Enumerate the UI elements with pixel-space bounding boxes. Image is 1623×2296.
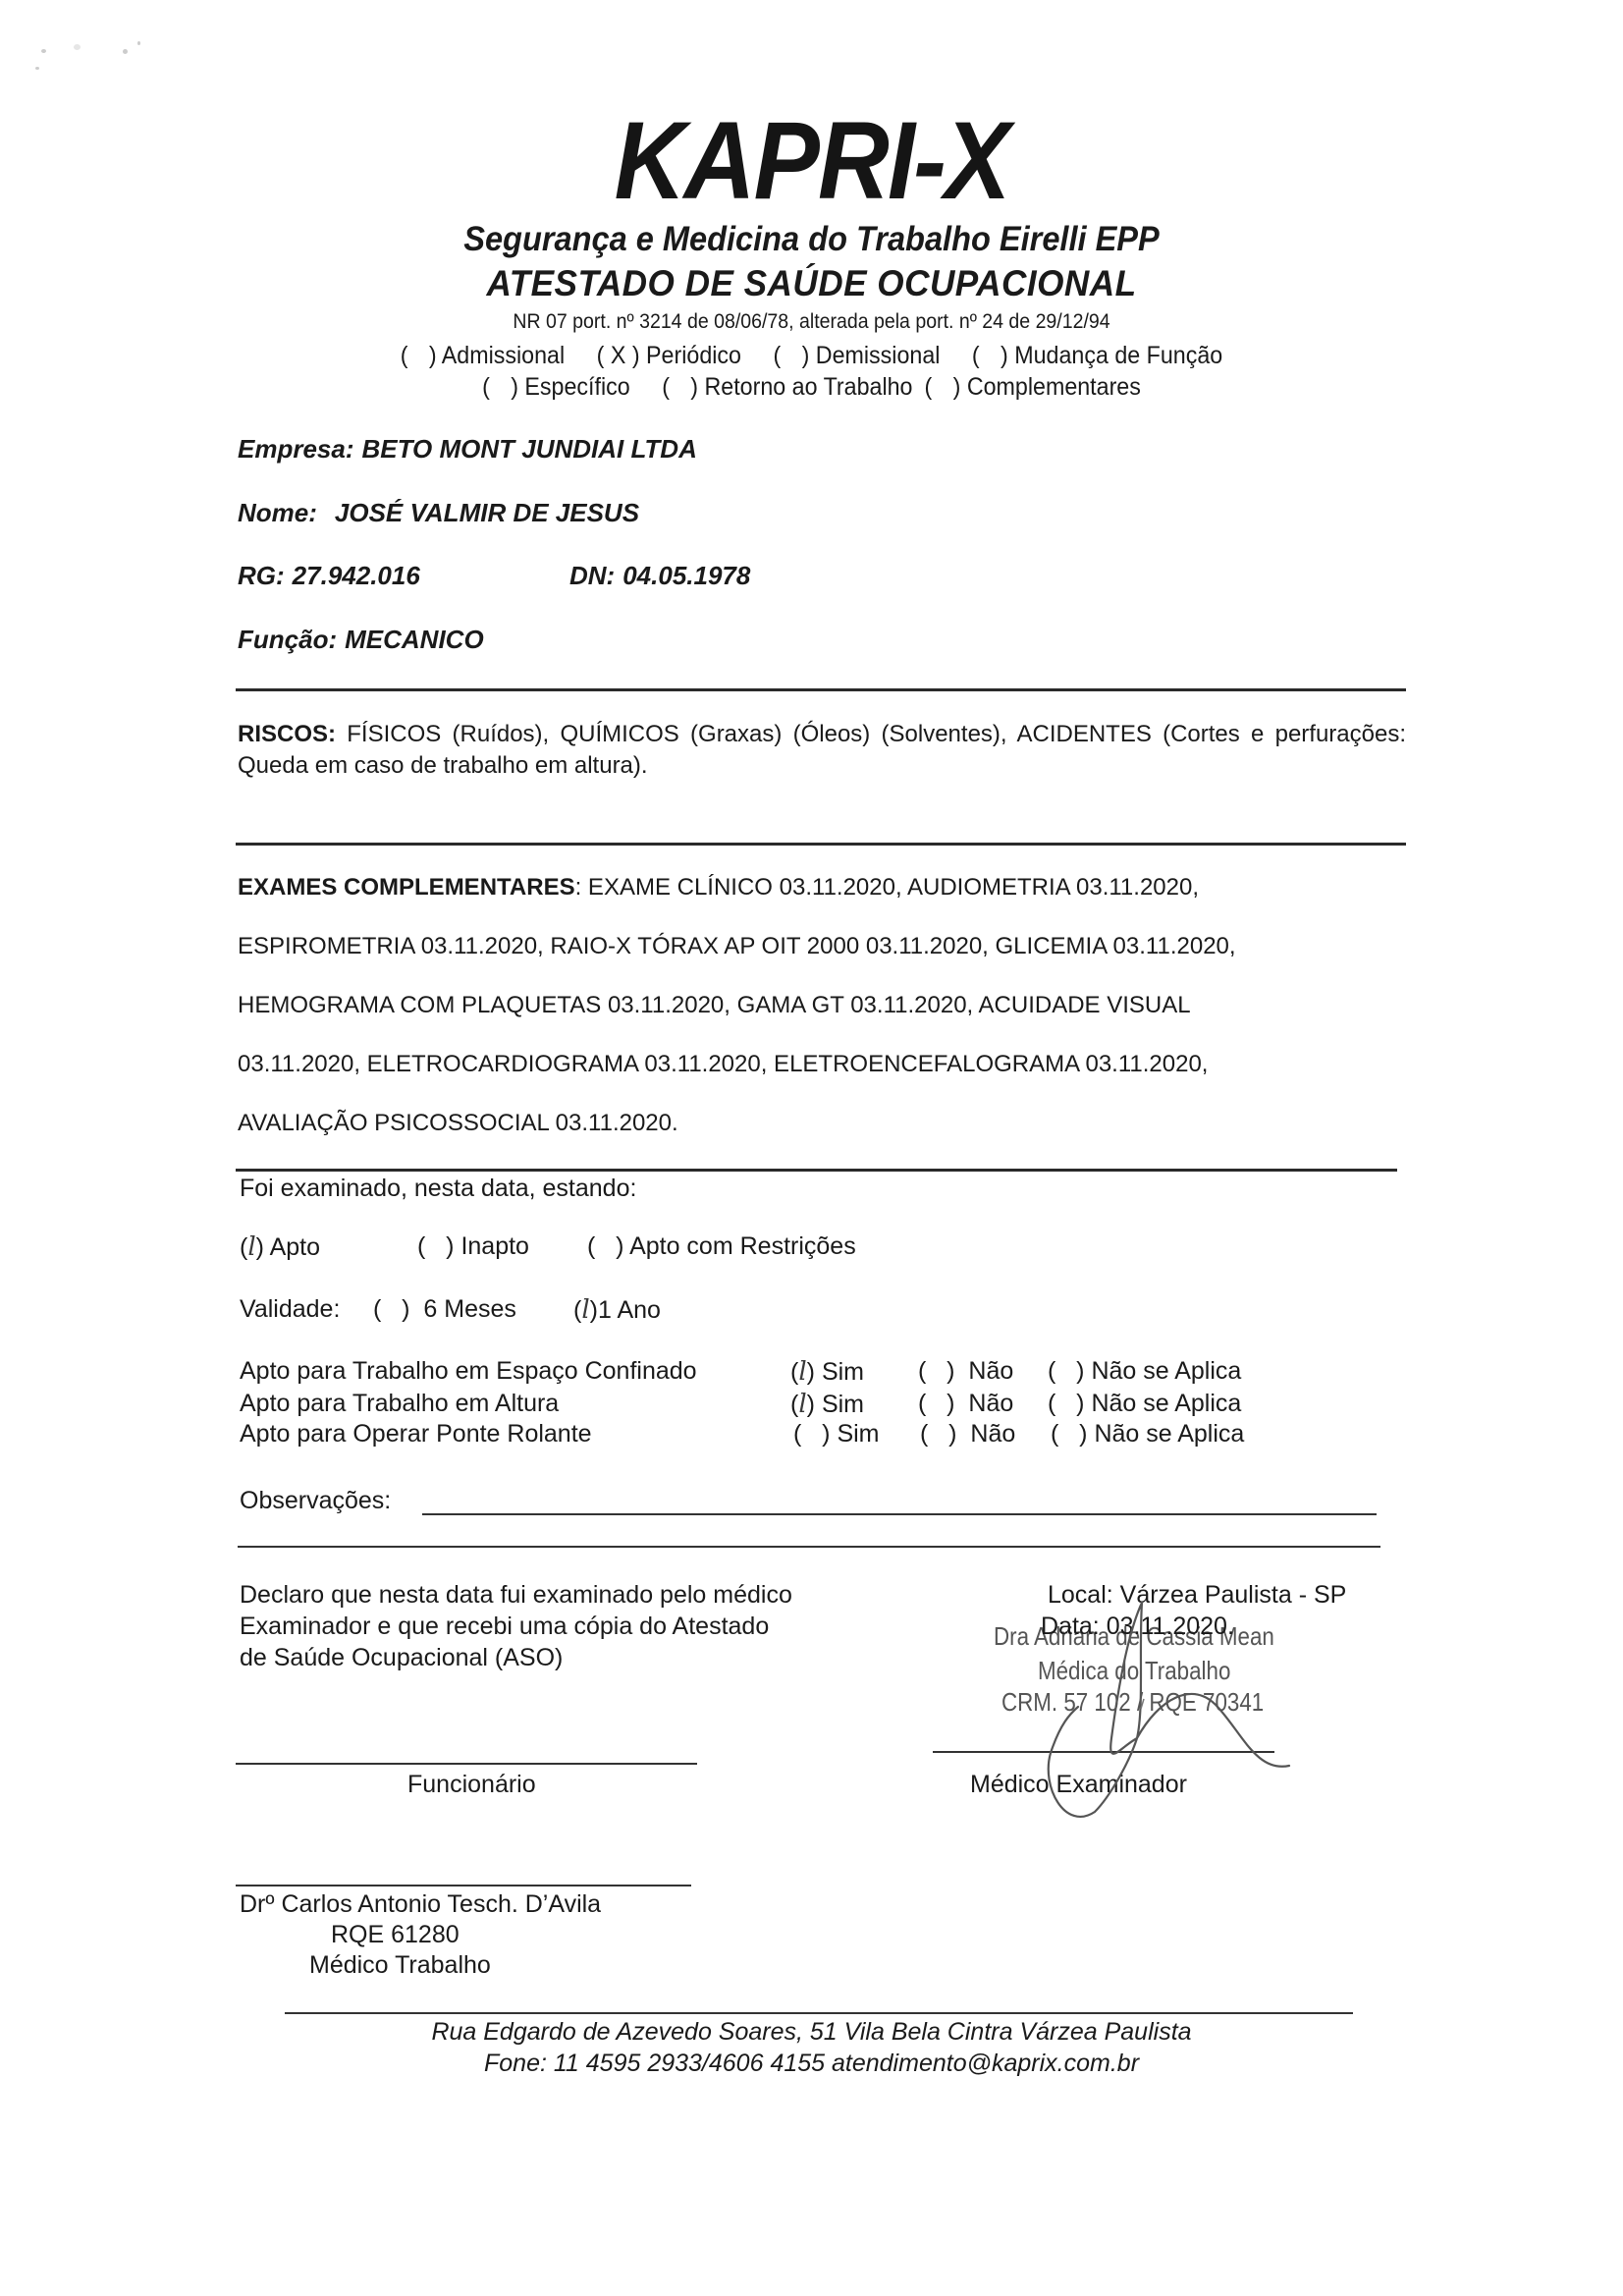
declaracao-line-1: Declaro que nesta data fui examinado pel… — [240, 1583, 792, 1608]
divider — [236, 843, 1406, 846]
aptidao-apto-restricoes[interactable]: ( ) Apto com Restrições — [587, 1234, 856, 1259]
exam-type-mudanca-funcao[interactable]: ( ) Mudança de Função — [972, 342, 1222, 370]
exam-type-especifico[interactable]: ( ) Específico — [482, 373, 630, 402]
funcao-value: MECANICO — [345, 625, 484, 654]
riscos-label: RISCOS: — [238, 721, 336, 747]
field-dn: DN:04.05.1978 — [569, 563, 750, 588]
responsavel-role: Médico Trabalho — [309, 1953, 491, 1978]
footer-address: Rua Edgardo de Azevedo Soares, 51 Vila B… — [0, 2020, 1623, 2045]
field-funcao: Função:MECANICO — [238, 627, 484, 652]
exam-type-complementares[interactable]: ( ) Complementares — [925, 373, 1141, 402]
dn-value: 04.05.1978 — [622, 561, 750, 590]
handwritten-signature-icon — [1021, 1591, 1316, 1827]
scan-noise — [74, 44, 81, 50]
divider — [236, 1169, 1397, 1172]
altura-nao[interactable]: ( ) Não — [918, 1392, 1013, 1416]
observacoes-label: Observações: — [240, 1489, 391, 1513]
scan-noise — [41, 49, 46, 53]
espaco-confinado-nao[interactable]: ( ) Não — [918, 1359, 1013, 1384]
validade-1-ano[interactable]: (l)1 Ano — [573, 1297, 661, 1323]
exames-line-5: AVALIAÇÃO PSICOSSOCIAL 03.11.2020. — [238, 1112, 678, 1135]
declaracao-line-2: Examinador e que recebi uma cópia do Ate… — [240, 1614, 769, 1639]
validade-6-meses[interactable]: ( ) 6 Meses — [373, 1297, 516, 1322]
handwritten-check-icon: l — [798, 1390, 806, 1419]
footer-contact[interactable]: Fone: 11 4595 2933/4606 4155 atendimento… — [0, 2051, 1623, 2076]
aptidao-apto[interactable]: (l) Apto — [240, 1234, 320, 1260]
exam-type-demissional[interactable]: ( ) Demissional — [773, 342, 940, 370]
aptidao-espaco-confinado-label: Apto para Trabalho em Espaço Confinado — [240, 1359, 697, 1384]
handwritten-check-icon: l — [581, 1295, 589, 1325]
observacoes-line — [422, 1513, 1377, 1515]
exames-line-1: EXAMES COMPLEMENTARES: EXAME CLÍNICO 03.… — [238, 876, 1199, 900]
handwritten-check-icon: l — [798, 1357, 806, 1387]
employee-signature-label: Funcionário — [407, 1773, 536, 1797]
responsavel-line — [236, 1885, 691, 1886]
document-title: ATESTADO DE SAÚDE OCUPACIONAL — [40, 265, 1582, 301]
exames-line-2: ESPIROMETRIA 03.11.2020, RAIO-X TÓRAX AP… — [238, 935, 1236, 958]
company-name: Segurança e Medicina do Trabalho Eirelli… — [57, 222, 1566, 256]
regulation-reference: NR 07 port. nº 3214 de 08/06/78, alterad… — [57, 310, 1566, 334]
scan-noise — [137, 41, 140, 45]
ponte-rolante-nao-se-aplica[interactable]: ( ) Não se Aplica — [1051, 1422, 1244, 1447]
rg-label: RG: — [238, 561, 285, 590]
resultado-intro: Foi examinado, nesta data, estando: — [240, 1176, 636, 1201]
exam-type-periodico[interactable]: ( X ) Periódico — [597, 342, 741, 370]
field-rg: RG:27.942.016 — [238, 563, 420, 588]
declaracao-line-3: de Saúde Ocupacional (ASO) — [240, 1646, 563, 1670]
exam-type-retorno-trabalho[interactable]: ( ) Retorno ao Trabalho — [662, 373, 912, 402]
field-nome: Nome:JOSÉ VALMIR DE JESUS — [238, 500, 639, 525]
field-empresa: Empresa:BETO MONT JUNDIAI LTDA — [238, 436, 697, 462]
exam-type-row-2: ( ) Específico ( ) Retorno ao Trabalho (… — [57, 373, 1566, 402]
handwritten-check-icon: l — [247, 1232, 255, 1262]
observacoes-line — [238, 1546, 1380, 1548]
exam-type-admissional[interactable]: ( ) Admissional — [401, 342, 565, 370]
nome-label: Nome: — [238, 498, 317, 527]
nome-value: JOSÉ VALMIR DE JESUS — [335, 498, 639, 527]
funcao-label: Função: — [238, 625, 337, 654]
exames-label: EXAMES COMPLEMENTARES — [238, 874, 575, 901]
rg-value: 27.942.016 — [293, 561, 420, 590]
exames-line-4: 03.11.2020, ELETROCARDIOGRAMA 03.11.2020… — [238, 1053, 1208, 1076]
aptidao-ponte-rolante-label: Apto para Operar Ponte Rolante — [240, 1422, 592, 1447]
aptidao-altura-label: Apto para Trabalho em Altura — [240, 1392, 559, 1416]
altura-nao-se-aplica[interactable]: ( ) Não se Aplica — [1048, 1392, 1241, 1416]
brand-title: KAPRI-X — [81, 106, 1542, 216]
footer-divider — [285, 2012, 1353, 2014]
ponte-rolante-nao[interactable]: ( ) Não — [920, 1422, 1015, 1447]
responsavel-rqe: RQE 61280 — [331, 1923, 460, 1947]
dn-label: DN: — [569, 561, 615, 590]
exames-line-3: HEMOGRAMA COM PLAQUETAS 03.11.2020, GAMA… — [238, 994, 1191, 1017]
empresa-value: BETO MONT JUNDIAI LTDA — [362, 434, 697, 464]
scan-noise — [35, 67, 39, 70]
observacoes-field[interactable] — [422, 1489, 1375, 1516]
riscos-text: FÍSICOS (Ruídos), QUÍMICOS (Graxas) (Óle… — [238, 721, 1406, 779]
altura-sim[interactable]: (l) Sim — [790, 1392, 864, 1417]
validade-label: Validade: — [240, 1297, 340, 1322]
aptidao-inapto[interactable]: ( ) Inapto — [417, 1234, 529, 1259]
espaco-confinado-nao-se-aplica[interactable]: ( ) Não se Aplica — [1048, 1359, 1241, 1384]
divider — [236, 688, 1406, 691]
responsavel-name: Drº Carlos Antonio Tesch. D’Avila — [240, 1892, 601, 1917]
exam-type-row-1: ( ) Admissional ( X ) Periódico ( ) Demi… — [57, 342, 1566, 370]
ponte-rolante-sim[interactable]: ( ) Sim — [793, 1422, 880, 1447]
riscos-section: RISCOS: FÍSICOS (Ruídos), QUÍMICOS (Grax… — [238, 719, 1406, 782]
espaco-confinado-sim[interactable]: (l) Sim — [790, 1359, 864, 1385]
scan-noise — [123, 49, 128, 54]
employee-signature-line[interactable] — [236, 1763, 697, 1765]
empresa-label: Empresa: — [238, 434, 354, 464]
